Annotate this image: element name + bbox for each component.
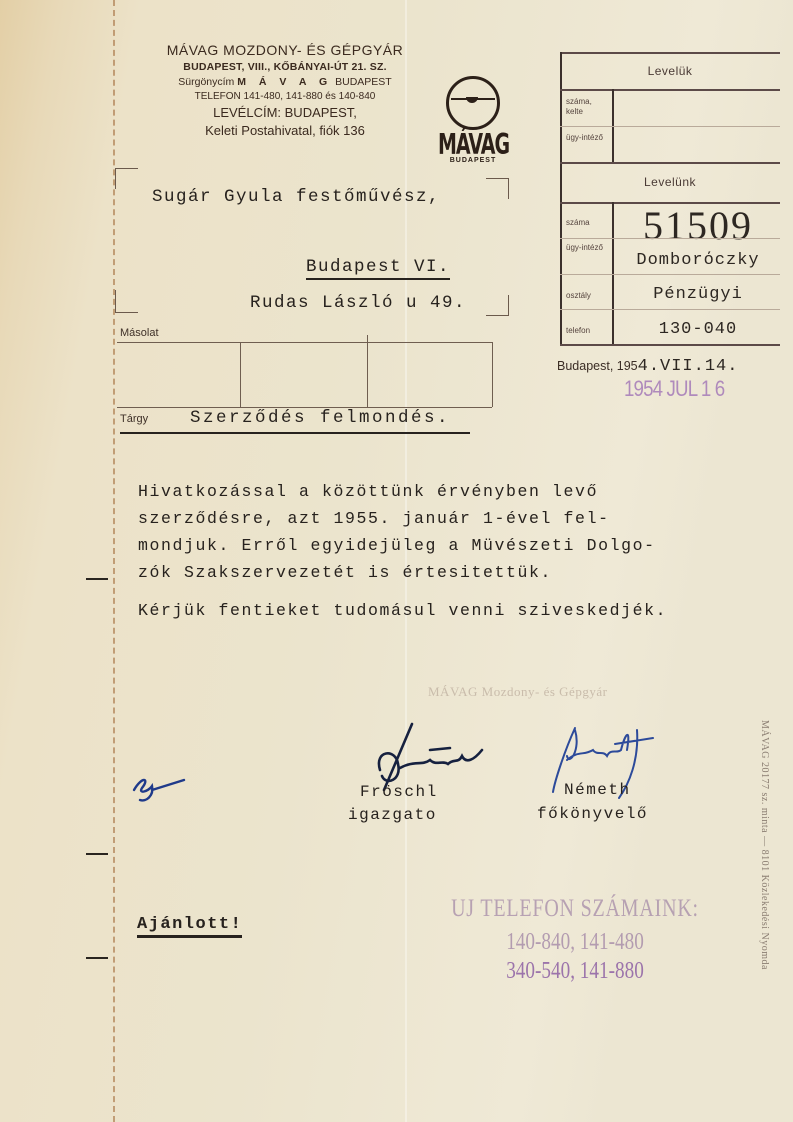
date-printed: Budapest, 195 bbox=[557, 359, 638, 373]
department-value: Pénzügyi bbox=[616, 285, 780, 304]
received-date-stamp: 1954 JUL 1 6 bbox=[624, 376, 724, 402]
copy-grid-line bbox=[240, 342, 241, 407]
recipient-street: Rudas László u 49. bbox=[250, 293, 466, 313]
new-phone-numbers-stamp: UJ TELEFON SZÁMAINK: 140-840, 141-480 34… bbox=[405, 895, 745, 985]
printer-imprint: MÁVAG 20177 sz. minta — 8101 Közlekedési… bbox=[759, 720, 770, 970]
margin-mark bbox=[86, 578, 108, 580]
phone-value: 130-040 bbox=[616, 320, 780, 339]
our-number-value: 51509 bbox=[616, 202, 780, 249]
initials-signature-icon bbox=[128, 770, 188, 806]
recipient-city: Budapest VI. bbox=[306, 257, 450, 280]
letter-closing: Kérjük fentieket tudomásul venni szivesk… bbox=[138, 601, 667, 620]
our-letter-header: Levelünk bbox=[560, 175, 780, 189]
address-corner bbox=[115, 290, 138, 313]
copy-label: Másolat bbox=[120, 327, 159, 339]
copy-grid-line bbox=[492, 342, 493, 407]
mavag-logo: MÁVAG BUDAPEST bbox=[438, 76, 508, 164]
registered-mark: Ajánlott! bbox=[137, 915, 242, 938]
letter-body: Hivatkozással a közöttünk érvényben levő… bbox=[138, 478, 656, 586]
telegram-label: Sürgönycím bbox=[178, 76, 234, 88]
phone-stamp-line1: 140-840, 141-480 bbox=[439, 929, 711, 956]
our-clerk-value: Domborόczky bbox=[616, 251, 780, 270]
subject-underline bbox=[120, 432, 470, 434]
company-name: MÁVAG MOZDONY- ÉS GÉPGYÁR bbox=[140, 42, 430, 58]
company-address: BUDAPEST, VIII., KŐBÁNYAI-ÚT 21. SZ. bbox=[140, 61, 430, 73]
margin-mark bbox=[86, 853, 108, 855]
telegram-value: M Á V A G bbox=[237, 76, 332, 88]
company-phones: TELEFON 141-480, 141-880 és 140-840 bbox=[140, 91, 430, 102]
recipient-name: Sugár Gyula festőművész, bbox=[152, 187, 440, 207]
copy-grid-line bbox=[117, 342, 492, 343]
bird-emblem-icon bbox=[446, 76, 500, 130]
date-typed: 4.VII.14. bbox=[638, 357, 739, 376]
address-corner bbox=[486, 295, 509, 316]
postal-box: Keleti Postahivatal, fiók 136 bbox=[140, 123, 430, 138]
margin-mark bbox=[86, 957, 108, 959]
their-letter-header: Levelük bbox=[560, 64, 780, 78]
phone-stamp-title: UJ TELEFON SZÁMAINK: bbox=[439, 895, 711, 923]
their-number-label: száma, kelte bbox=[566, 97, 608, 117]
their-clerk-label: ügy-intéző bbox=[566, 133, 608, 143]
right-signatory-title: főkönyvelő bbox=[537, 805, 648, 823]
telegram-city: BUDAPEST bbox=[335, 76, 392, 88]
address-corner bbox=[486, 178, 509, 199]
subject-label: Tárgy bbox=[120, 413, 148, 425]
logo-name: MÁVAG bbox=[438, 132, 508, 159]
address-corner bbox=[115, 168, 138, 189]
telegram-line: Sürgönycím M Á V A G BUDAPEST bbox=[140, 76, 430, 88]
letterhead: MÁVAG MOZDONY- ÉS GÉPGYÁR BUDAPEST, VIII… bbox=[140, 42, 430, 138]
printer-watermark: MÁVAG Mozdony- és Gépgyár bbox=[428, 684, 607, 700]
phone-stamp-line2: 340-540, 141-880 bbox=[439, 958, 711, 985]
phone-label: telefon bbox=[566, 326, 608, 336]
copy-grid-line bbox=[367, 335, 368, 407]
postal-label: LEVÉLCÍM: BUDAPEST, bbox=[140, 105, 430, 120]
our-number-label: száma bbox=[566, 218, 608, 228]
our-clerk-label: ügy-intéző bbox=[566, 243, 608, 253]
right-signatory-name: Németh bbox=[564, 781, 631, 799]
left-signatory-name: Fröschl bbox=[360, 783, 438, 801]
subject-value: Szerződés felmondés. bbox=[190, 408, 450, 428]
left-signatory-title: igazgato bbox=[348, 806, 437, 824]
department-label: osztály bbox=[566, 291, 608, 301]
letter-date: Budapest, 1954.VII.14. bbox=[557, 357, 738, 376]
